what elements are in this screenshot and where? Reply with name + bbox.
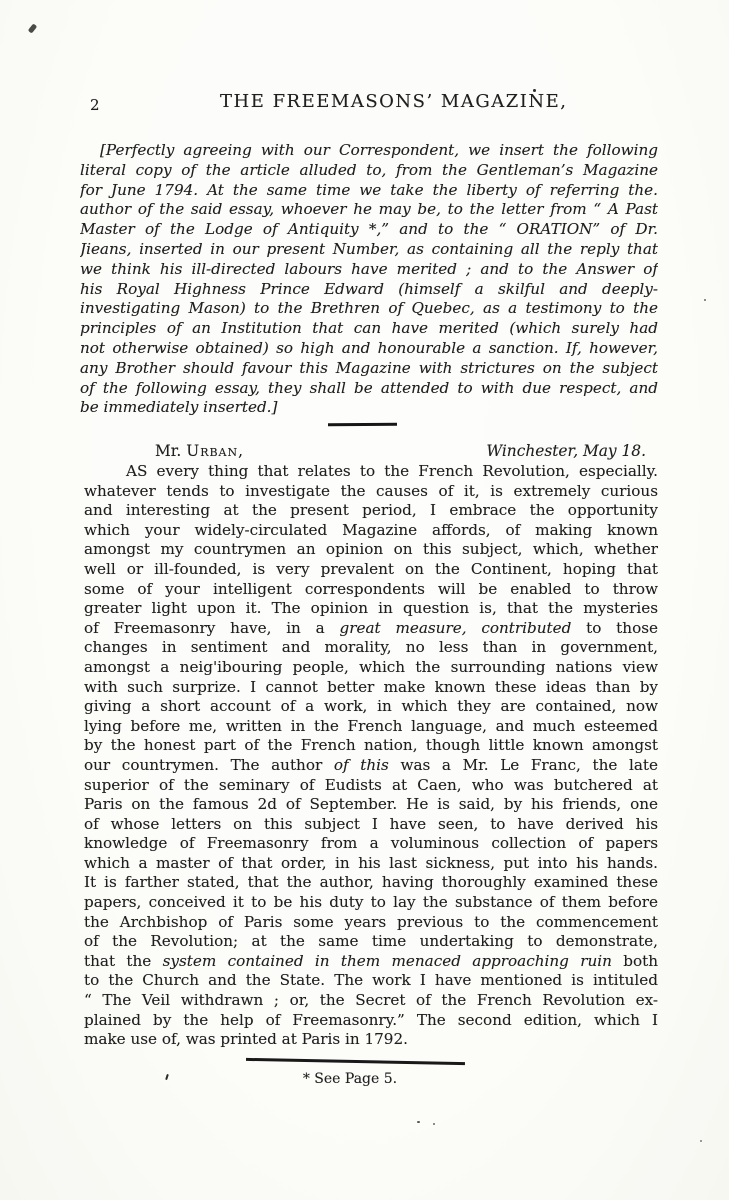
salutation-row: Mr. Urban, Winchester, May 18. [84,441,658,461]
text-line: amongst my countrymen an opinion on this… [84,540,658,560]
text-line: and interesting at the present period, I… [84,501,658,521]
scanned-magazine-page: 2 THE FREEMASONS’ MAGAZINE, [Perfectly a… [0,0,729,1200]
text-line: author of the said essay, whoever he may… [80,200,658,220]
scan-speck [96,365,98,367]
text-line: any Brother should favour this Magazine … [80,359,658,379]
text-line: changes in sentiment and morality, no le… [84,638,658,658]
text-line: giving a short account of a work, in whi… [84,697,658,717]
text-line: of the following essay, they shall be at… [80,379,658,399]
text-line: not otherwise obtained) so high and hono… [80,339,658,359]
text-line: his Royal Highness Prince Edward (himsel… [80,280,658,300]
text-line: Master of the Lodge of Antiquity *,” and… [80,220,658,240]
text-line: the Archbishop of Paris some years previ… [84,913,658,933]
text-line: plained by the help of Freemasonry.” The… [84,1011,658,1031]
text-line: that the system contained in them menace… [84,952,658,972]
text-line: make use of, was printed at Paris in 179… [84,1030,658,1050]
salutation-prefix: Mr. [155,442,186,460]
text-line: for June 1794. At the same time we take … [80,181,658,201]
page-number: 2 [90,96,100,114]
text-line: which your widely-circulated Magazine af… [84,521,658,541]
text-line: superior of the seminary of Eudists at C… [84,776,658,796]
editor-note-block: [Perfectly agreeing with our Corresponde… [80,141,658,418]
text-line: papers, conceived it to be his duty to l… [84,893,658,913]
scan-speck [700,1140,702,1142]
text-line: literal copy of the article alluded to, … [80,161,658,181]
text-line: knowledge of Freemasonry from a volumino… [84,834,658,854]
text-line: Paris on the famous 2d of September. He … [84,795,658,815]
text-line: principles of an Institution that can ha… [80,319,658,339]
scan-speck [704,299,706,301]
letter-body-block: AS every thing that relates to the Frenc… [84,462,658,1050]
text-line: AS every thing that relates to the Frenc… [84,462,658,482]
text-line: of the Revolution; at the same time unde… [84,932,658,952]
text-line: Jieans, inserted in our present Number, … [80,240,658,260]
footnote: * See Page 5. [250,1071,450,1087]
magazine-title: THE FREEMASONS’ MAGAZINE, [220,91,560,112]
section-divider-rule [328,423,397,426]
text-line: with such surprize. I cannot better make… [84,678,658,698]
footnote-rule [246,1058,465,1065]
text-line: which a master of that order, in his las… [84,854,658,874]
text-line: investigating Mason) to the Brethren of … [80,299,658,319]
scan-speck [433,1123,435,1125]
text-line: [Perfectly agreeing with our Corresponde… [80,141,658,161]
salutation: Mr. Urban, [155,441,244,461]
text-line: greater light upon it. The opinion in qu… [84,599,658,619]
text-line: our countrymen. The author of this was a… [84,756,658,776]
text-line: “ The Veil withdrawn ; or, the Secret of… [84,991,658,1011]
text-line: well or ill-founded, is very prevalent o… [84,560,658,580]
text-line: be immediately inserted.] [80,398,658,418]
scan-speck [533,89,536,92]
scan-speck [28,23,37,33]
dateline: Winchester, May 18. [486,441,646,461]
text-line: whatever tends to investigate the causes… [84,482,658,502]
text-line: It is farther stated, that the author, h… [84,873,658,893]
scan-speck [417,1121,420,1123]
text-line: some of your intelligent correspondents … [84,580,658,600]
text-line: to the Church and the State. The work I … [84,971,658,991]
text-line: lying before me, written in the French l… [84,717,658,737]
text-line: we think his ill-directed labours have m… [80,260,658,280]
text-line: of Freemasonry have, in a great measure,… [84,619,658,639]
salutation-name: Urban, [186,442,244,460]
text-line: of whose letters on this subject I have … [84,815,658,835]
text-line: by the honest part of the French nation,… [84,736,658,756]
text-line: amongst a neig'ibouring people, which th… [84,658,658,678]
scan-speck [165,1074,169,1080]
